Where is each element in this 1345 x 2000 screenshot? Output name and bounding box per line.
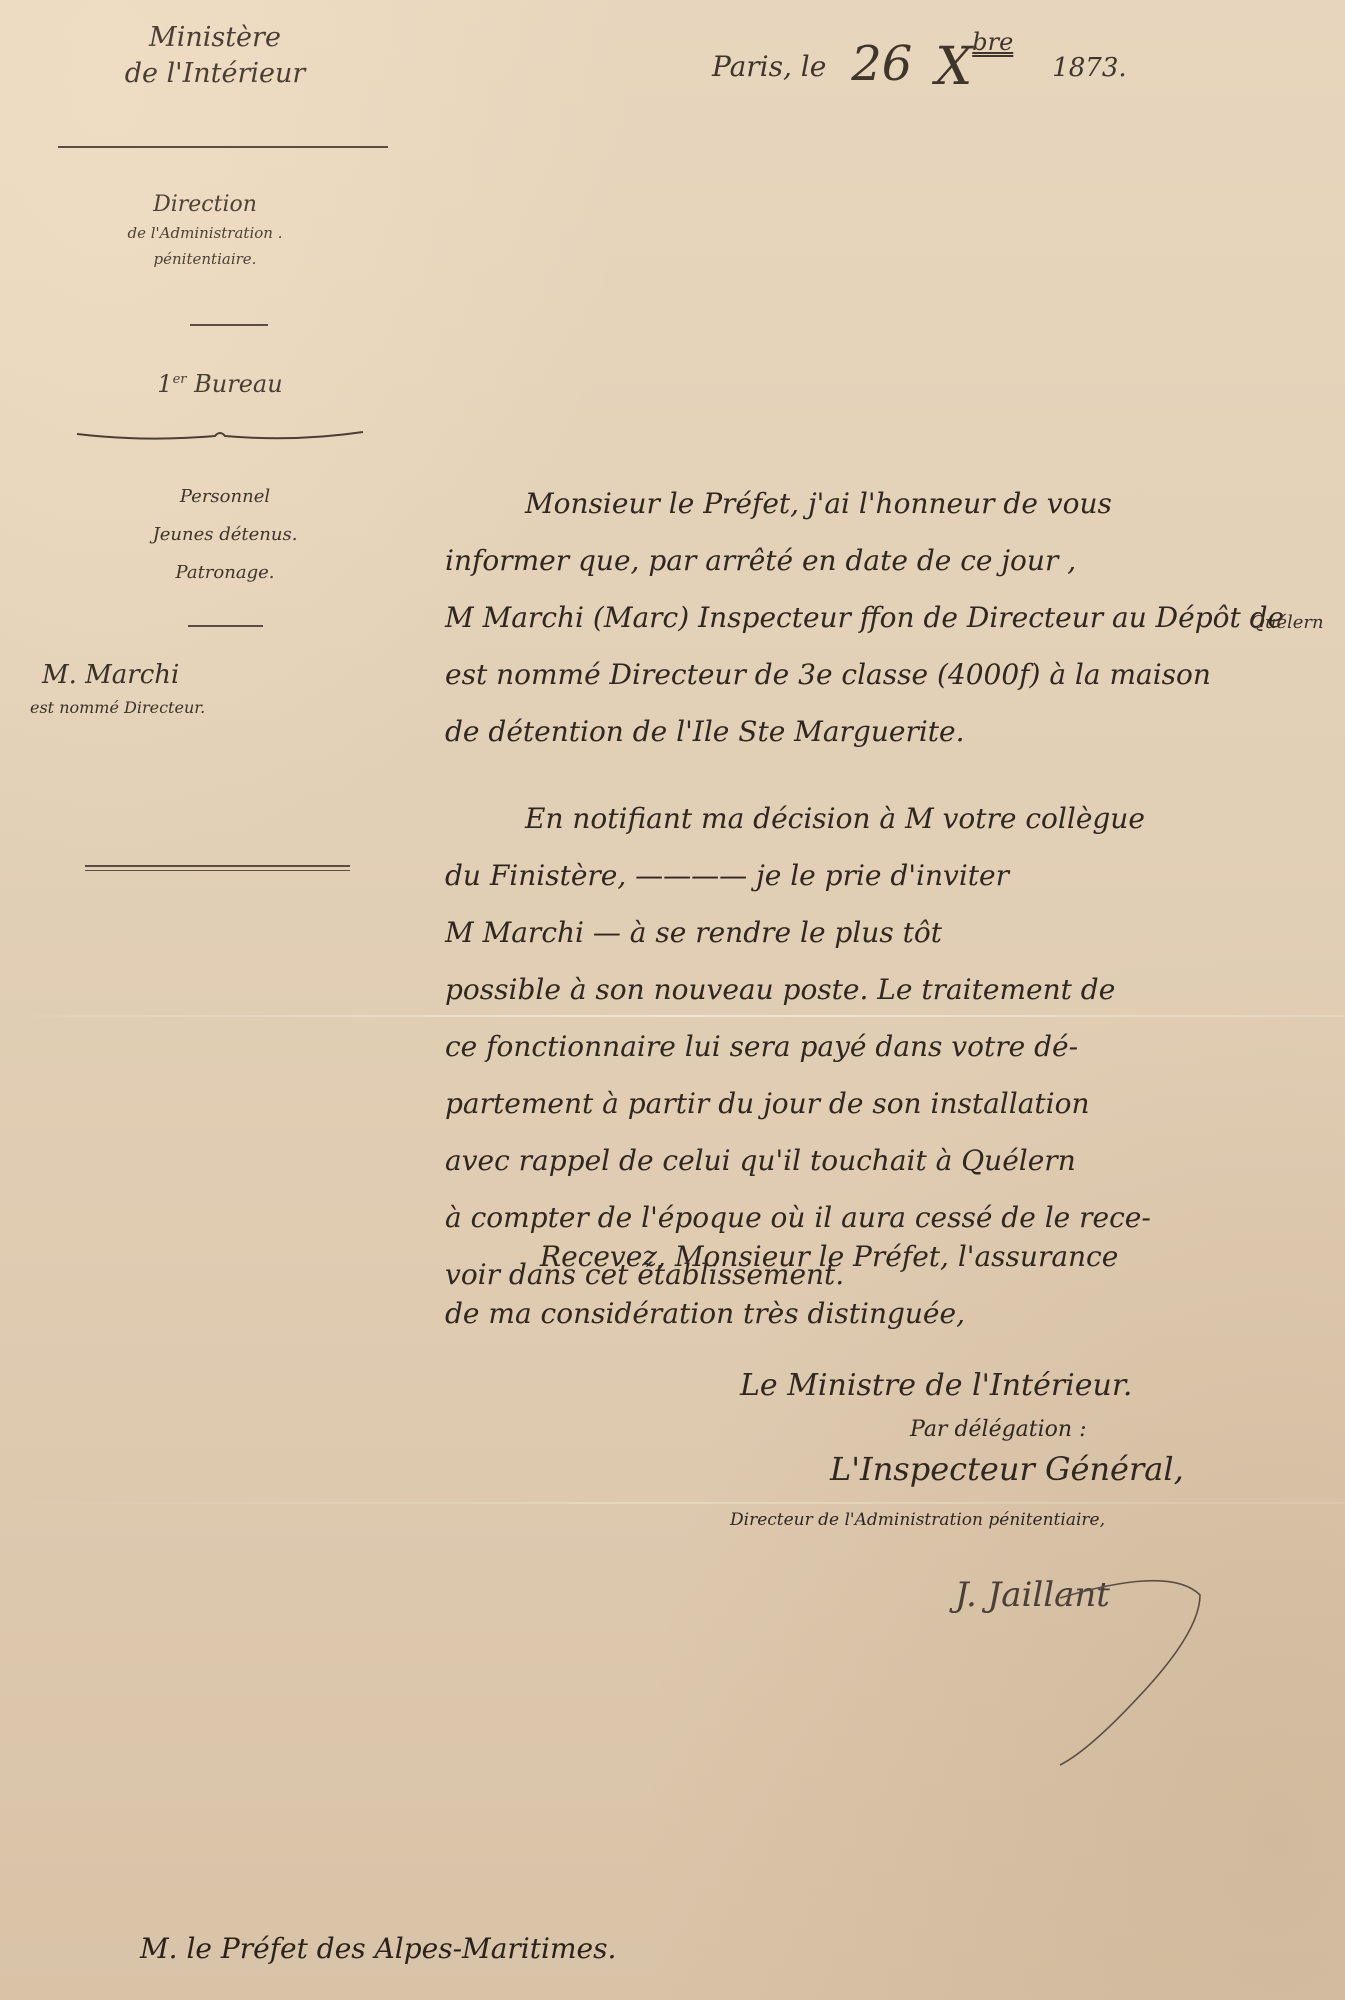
ministry-line-1: Ministère [95, 20, 335, 56]
direction-line-1: Direction [70, 190, 340, 220]
body-line: possible à son nouveau poste. Le traitem… [445, 961, 1340, 1018]
margin-note: M. Marchi est nommé Directeur. [30, 660, 205, 717]
letter-body: Monsieur le Préfet, j'ai l'honneur de vo… [445, 475, 1340, 1303]
paragraph-gap [445, 760, 1340, 790]
letter-page: Ministère de l'Intérieur Direction de l'… [0, 0, 1345, 2000]
body-line: partement à partir du jour de son instal… [445, 1075, 1340, 1132]
body-line: informer que, par arrêté en date de ce j… [445, 532, 1340, 589]
bureau-heading: 1er Bureau [100, 370, 340, 398]
direction-line-3: pénitentiaire. [70, 246, 340, 272]
bureau-sup: er [173, 372, 187, 387]
closing-line: Recevez, Monsieur le Préfet, l'assurance [445, 1228, 1340, 1285]
body-line: M Marchi — à se rendre le plus tôt [445, 904, 1340, 961]
ministry-line-2: de l'Intérieur [95, 56, 335, 92]
margin-note-name: M. Marchi [42, 660, 205, 690]
inspector-title: L'Inspecteur Général, [830, 1450, 1184, 1488]
interlinear-insert: Quélern [1250, 612, 1324, 633]
bureau-label: Bureau [194, 370, 283, 398]
ornamental-rule [75, 428, 365, 442]
signature-block: Le Ministre de l'Intérieur. Par délégati… [740, 1368, 1184, 1530]
signature-flourish [1050, 1570, 1230, 1770]
body-line: avec rappel de celui qu'il touchait à Qu… [445, 1132, 1340, 1189]
direction-heading: Direction de l'Administration . pénitent… [70, 190, 340, 272]
body-line: Monsieur le Préfet, j'ai l'honneur de vo… [445, 475, 1340, 532]
topic-personnel: Personnel [100, 478, 350, 516]
director-title: Directeur de l'Administration pénitentia… [730, 1510, 1184, 1530]
topics-rule [188, 625, 263, 627]
delegation-line: Par délégation : [910, 1417, 1184, 1442]
body-line: est nommé Directeur de 3e classe (4000f)… [445, 646, 1340, 703]
ministry-heading: Ministère de l'Intérieur [95, 20, 335, 92]
addressee-line: M. le Préfet des Alpes-Maritimes. [140, 1932, 616, 1965]
body-line: du Finistère, ———— je le prie d'inviter [445, 847, 1340, 904]
minister-title: Le Ministre de l'Intérieur. [740, 1368, 1184, 1403]
body-line: ce fonctionnaire lui sera payé dans votr… [445, 1018, 1340, 1075]
date-year: 1873. [1052, 53, 1126, 83]
direction-line-2: de l'Administration . [70, 220, 340, 246]
direction-rule [190, 324, 268, 326]
date-place: Paris, le [712, 50, 826, 83]
bureau-topics: Personnel Jeunes détenus. Patronage. [100, 478, 350, 592]
bureau-number: 1 [157, 370, 172, 398]
date-month-suffix: bre [972, 28, 1013, 56]
date-day: 26 [851, 36, 912, 92]
body-line: de détention de l'Ile Ste Marguerite. [445, 703, 1340, 760]
heading-rule [58, 146, 388, 148]
dateline: Paris, le 26 Xbre 1873. [712, 28, 1127, 97]
margin-rule-top [85, 865, 350, 867]
date-month: X [935, 37, 972, 97]
body-line: M Marchi (Marc) Inspecteur ffon de Direc… [445, 589, 1340, 646]
margin-rule-bottom [85, 870, 350, 871]
topic-patronage: Patronage. [100, 554, 350, 592]
closing-formula: Recevez, Monsieur le Préfet, l'assurance… [445, 1228, 1340, 1342]
topic-jeunes-detenus: Jeunes détenus. [100, 516, 350, 554]
closing-line: de ma considération très distinguée, [445, 1285, 1340, 1342]
body-line: En notifiant ma décision à M votre collè… [445, 790, 1340, 847]
margin-note-text: est nommé Directeur. [30, 698, 205, 717]
